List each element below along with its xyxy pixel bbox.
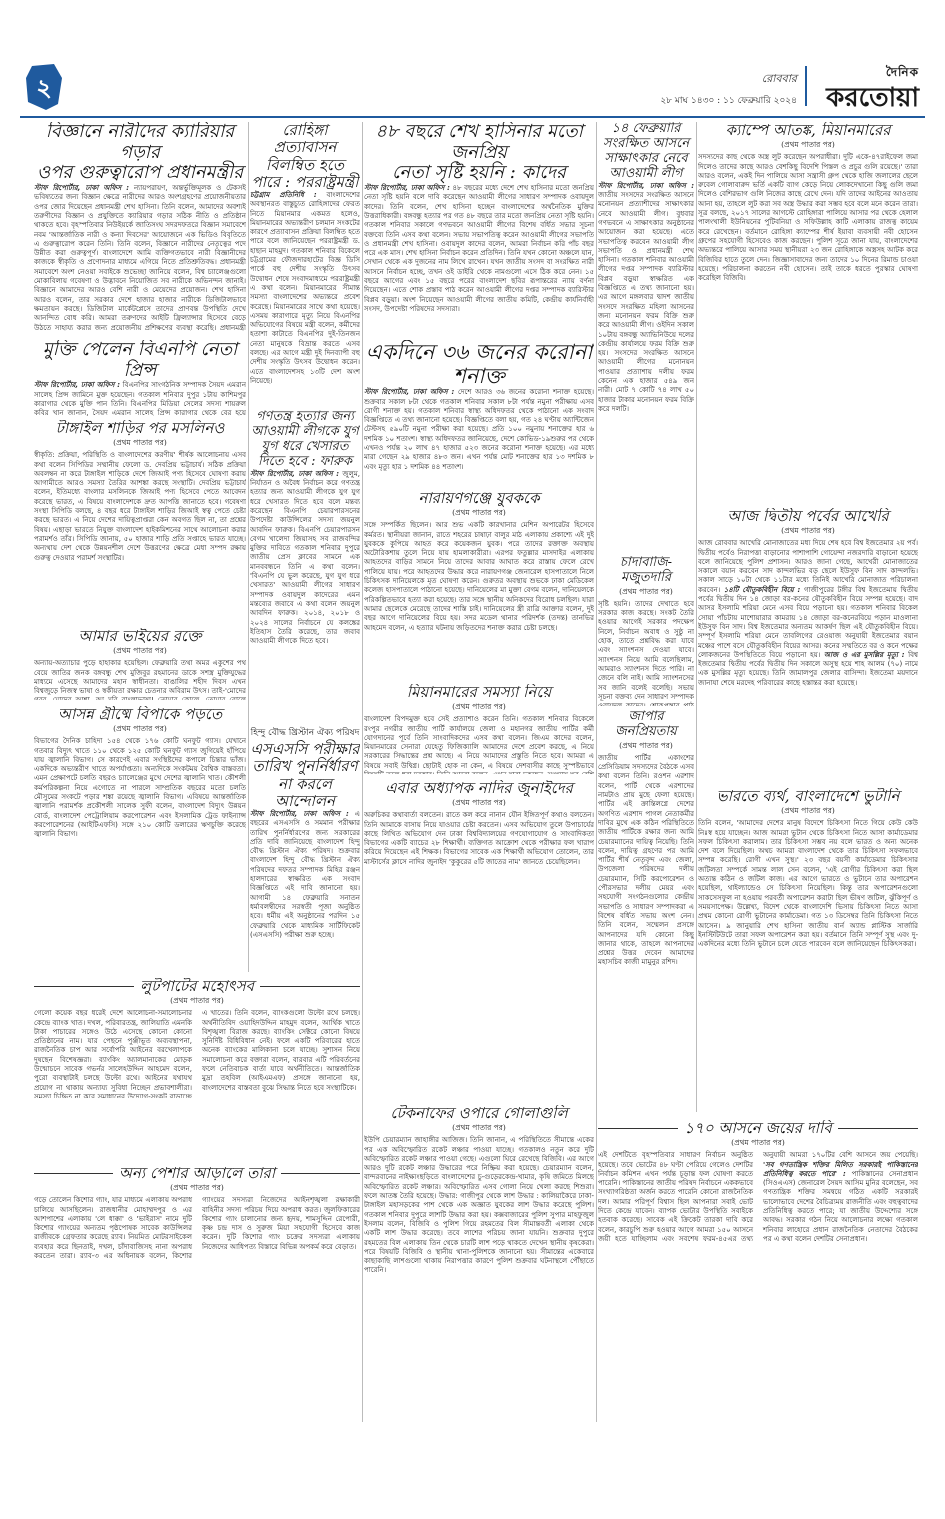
article-prince-release: মুক্তি পেলেন বিএনপি নেতা প্রিন্স স্টাফ র… — [34, 340, 246, 416]
article-body: স্টাফ রিপোর্টার, ঢাকা অফিস : ন্যায়পরায়… — [34, 184, 246, 332]
body-text: জুলুম, নির্যাতন ও অবৈধ নির্বাচন করে গণতন… — [250, 470, 360, 645]
article-looting: লুটপাটের মহোৎসব (প্রথম পাতার পর) গেলো কয… — [34, 978, 360, 1098]
continued-label: (প্রথম পাতার পর) — [34, 438, 246, 450]
masthead-rule — [20, 116, 925, 118]
article-other-profession: অন্য পেশার আড়ালে তারা (প্রথম পাতার পর) … — [34, 1165, 360, 1420]
column-rule — [362, 122, 363, 1422]
continued-label: (প্রথম পাতার পর) — [34, 996, 360, 1008]
headline-line2: ওপর গুরুত্বারোপ প্রধানমন্ত্রীর — [34, 163, 246, 184]
date-block: রোববার ২৮ মাঘ ১৪৩০ : ১১ ফেব্রুয়ারি ২০২৪ — [660, 70, 797, 108]
column-rule — [596, 122, 597, 1422]
article-body: এই দেশটিতে বৃহস্পতিবার সাধারণ নির্বাচন অ… — [598, 1151, 918, 1244]
headline: ভারতে ব্যর্থ, বাংলাদেশে ভুটানি — [698, 788, 918, 805]
body-text: জাতীয় সংসদের সংরক্ষিত আসনে মনোনয়ন প্রত… — [598, 191, 694, 413]
article-myanmar-problem: মিয়ানমারের সমস্যা নিয়ে (প্রথম পাতার পর… — [364, 684, 594, 774]
article-tangail-saree: টাঙ্গাইল শাড়ির পর মসলিনও (প্রথম পাতার প… — [34, 420, 246, 620]
continued-label: (প্রথম পাতার পর) — [698, 806, 918, 818]
page-number-badge: ২ — [24, 64, 64, 110]
article-body: গড়ে তোলেন কিশোর গ্যাং, যার মাধ্যমে এলাক… — [34, 1196, 360, 1261]
article-body: গেলো কয়েক বছর ধরেই দেশে আলোচনা-সমালোচনা… — [34, 1009, 360, 1098]
headline: আজ দ্বিতীয় পর্বের আখেরি — [698, 508, 918, 525]
continued-label: (প্রথম পাতার পর) — [364, 798, 594, 810]
day-label: রোববার — [660, 70, 797, 89]
logo-big-text: করতোয়া — [813, 84, 919, 112]
page-number-icon: ২ — [24, 64, 64, 110]
continued-label: (প্রথম পাতার পর) — [598, 1138, 918, 1150]
continued-label: (প্রথম পাতার পর) — [34, 1183, 360, 1195]
article-body: স্টাফ রিপোর্টার, ঢাকা অফিস : দেশে আরও ৩৬… — [364, 388, 594, 472]
headline: টাঙ্গাইল শাড়ির পর মসলিনও — [34, 420, 246, 437]
headline: একদিনে ৩৬ জনের করোনা শনাক্ত — [364, 340, 594, 388]
article-camp-panic: ক্যাম্পে আতঙ্ক, মিয়ানমারের (প্রথম পাতার… — [698, 122, 918, 502]
headline-line2: নেতা সৃষ্টি হয়নি : কাদের — [364, 163, 594, 184]
continued-label: (প্রথম পাতার পর) — [598, 741, 694, 753]
article-body: স্টাফ রিপোর্টার, ঢাকা অফিস : বিএনপির সাং… — [34, 381, 246, 416]
article-170-seats: ১৭০ আসনে জয়ের দাবি (প্রথম পাতার পর) এই … — [598, 1120, 918, 1420]
article-body: সঙ্গে সম্পর্কিত ছিলেন। আর শুভ একটি কারখা… — [364, 521, 594, 633]
body-text: বাংলাদেশের অবস্থানরত বাস্তুচ্যুত রোহিঙ্গ… — [250, 191, 360, 385]
article-nadir-junaid: এবার অধ্যাপক নাদির জুনাইদের (প্রথম পাতার… — [364, 780, 594, 970]
continued-label: (প্রথম পাতার পর) — [34, 646, 246, 658]
sub-kicker: ১৪টি যৌতুকবিহীন বিয়ে : — [724, 586, 801, 594]
headline: নারায়ণগঞ্জে যুবককে — [364, 490, 594, 507]
byline: স্টাফ রিপোর্টার, ঢাকা অফিস : — [34, 184, 129, 192]
article-ssc-exam: হিন্দু বৌদ্ধ খ্রিস্টান ঐক্য পরিষদ এসএসসি… — [250, 724, 360, 974]
divider — [281, 1173, 360, 1174]
article-chandabaji: চাঁদাবাজি-মজুতদারি (প্রথম পাতার পর) সৃষ্… — [598, 556, 694, 706]
headline: জাপার জনপ্রিয়তায় — [598, 710, 694, 740]
article-body: জাতীয় পার্টির একাংশের প্রেসিডিয়াম সদস্… — [598, 754, 694, 968]
divider — [34, 1173, 113, 1174]
byline: স্টাফ রিপোর্টার, ঢাকা অফিস : — [364, 184, 450, 192]
headline: ক্যাম্পে আতঙ্ক, মিয়ানমারের — [698, 122, 918, 139]
byline: স্টাফ রিপোর্টার, ঢাকা অফিস : — [34, 381, 120, 389]
article-kader: ৪৮ বছরে শেখ হাসিনার মতো জনপ্রিয় নেতা সৃ… — [364, 122, 594, 322]
continued-label: (প্রথম পাতার পর) — [364, 1123, 594, 1135]
svg-text:২: ২ — [36, 74, 52, 102]
date-label: ২৮ মাঘ ১৪৩০ : ১১ ফেব্রুয়ারি ২০২৪ — [660, 96, 797, 106]
headline: ১৪ ফেব্রুয়ারি সংরক্ষিত আসনে সাক্ষাৎকার … — [598, 122, 694, 182]
kicker: হিন্দু বৌদ্ধ খ্রিস্টান ঐক্য পরিষদ — [250, 725, 360, 740]
headline: বিজ্ঞানে নারীদের ক্যারিয়ার গড়ার — [34, 122, 246, 163]
continued-label: (প্রথম পাতার পর) — [364, 508, 594, 520]
byline: স্টাফ রিপোর্টার, ঢাকা অফিস : — [250, 810, 349, 818]
article-body: স্টাফ রিপোর্টার, ঢাকা অফিস : এ বছরের এসএ… — [250, 810, 360, 940]
headline: অন্য পেশার আড়ালে তারা — [119, 1165, 275, 1182]
headline: আসন্ন গ্রীষ্মে বিপাকে পড়তে — [34, 706, 246, 723]
article-body: স্টাফ রিপোর্টার, ঢাকা অফিস : ৪৮ বছরের মধ… — [364, 184, 594, 314]
masthead: ২ রোববার ২৮ মাঘ ১৪৩০ : ১১ ফেব্রুয়ারি ২০… — [20, 60, 925, 115]
column-rule — [248, 122, 249, 972]
article-bhutan: ভারতে ব্যর্থ, বাংলাদেশে ভুটানি (প্রথম পা… — [698, 788, 918, 1038]
headline: টেকনাফের ওপারে গোলাগুলি — [364, 1105, 594, 1122]
article-body: চট্টগ্রাম প্রতিনিধি : বাংলাদেশের অবস্থান… — [250, 191, 360, 386]
headline: লুটপাটের মহোৎসব — [140, 978, 254, 995]
article-body: তিনি বলেন, 'আমাদের দেশের মানুষ বিদেশে চি… — [698, 819, 918, 949]
sub-body: পাকিস্তানের সেনাপ্রধান (সিওএএস) জেনারেল … — [763, 1170, 918, 1243]
article-body: আজ রোববার আখেরি মোনাজাতের মধ্য দিয়ে শেষ… — [698, 539, 918, 688]
article-body: সদস্যদের কাছ থেকে অস্ত্র লুট করেছেন অপরা… — [698, 153, 918, 283]
divider — [260, 986, 360, 987]
headline: আমার ভাইয়ের রক্তে — [34, 628, 246, 645]
article-body: স্বীকৃতি: প্রক্রিয়া, পরিস্থিতি ও বাংলাদ… — [34, 451, 246, 563]
article-body: সৃষ্টি হয়নি। তাদের দেখাতে হবে সরকার কাজ… — [598, 600, 694, 706]
body-text: ইউপি চেয়ারম্যান জাহাঙ্গীর আজিজ। তিনি জা… — [364, 1136, 594, 1200]
continued-label: (প্রথম পাতার পর) — [698, 140, 918, 152]
article-body: বিভাগের দৈনিক চাহিদা ১৫৪ থেকে ১৭৬ কোটি ঘ… — [34, 737, 246, 839]
body-text: ৪৮ বছরের মধ্যে দেশে শেখ হাসিনার মতো জনপ্… — [364, 184, 594, 313]
article-brother-blood: আমার ভাইয়ের রক্তে (প্রথম পাতার পর) অন্য… — [34, 628, 246, 700]
divider — [34, 986, 134, 987]
article-body: অন্যায়-অত্যাচার পুড়ে হাহাকার হয়েছিল। … — [34, 659, 246, 700]
continued-label: (প্রথম পাতার পর) — [698, 526, 918, 538]
masthead-divider — [805, 66, 807, 106]
byline: স্টাফ রিপোর্টার, ঢাকা অফিস : — [250, 470, 339, 478]
headline: ১৭০ আসনে জয়ের দাবি — [684, 1120, 831, 1137]
headline: এসএসসি পরীক্ষার তারিখ পুনর্নির্ধারণ না ক… — [250, 741, 360, 810]
article-body: ইউপি চেয়ারম্যান জাহাঙ্গীর আজিজ। তিনি জা… — [364, 1136, 594, 1275]
headline: গণতন্ত্র হত্যার জন্য আওয়ামী লীগকে যুগ য… — [250, 410, 360, 470]
continued-label: (প্রথম পাতার পর) — [598, 587, 694, 599]
sub-body: গাজীপুরের টঙ্গীর বিশ্ব ইজতেমায় দ্বিতীয়… — [698, 586, 918, 659]
divider — [838, 1128, 918, 1129]
divider — [598, 1128, 678, 1129]
article-awami-compensation: গণতন্ত্র হত্যার জন্য আওয়ামী লীগকে যুগ য… — [250, 410, 360, 720]
article-jatiya-party: জাপার জনপ্রিয়তায় (প্রথম পাতার পর) জাতী… — [598, 710, 694, 1040]
article-narayanganj: নারায়ণগঞ্জে যুবককে (প্রথম পাতার পর) সঙ্… — [364, 490, 594, 680]
byline: স্টাফ রিপোর্টার, ঢাকা অফিস : — [364, 388, 454, 396]
column-rule — [696, 122, 697, 1112]
article-body: স্টাফ রিপোর্টার, ঢাকা অফিস : জুলুম, নির্… — [250, 470, 360, 647]
headline: মুক্তি পেলেন বিএনপি নেতা প্রিন্স — [34, 340, 246, 381]
article-reserved-seats: ১৪ ফেব্রুয়ারি সংরক্ষিত আসনে সাক্ষাৎকার … — [598, 122, 694, 552]
article-body: বাংলাদেশ বিপদমুক্ত হবে সেই প্রত্যাশাও কর… — [364, 715, 594, 774]
tail-kicker: আজ ও এর মুসল্লির মৃত্যু : — [824, 651, 905, 659]
body-text: এ বছরের এসএসসি ও সমমান পরীক্ষার তারিখ পু… — [250, 810, 360, 939]
byline: স্টাফ রিপোর্টার, ঢাকা অফিস : — [598, 182, 694, 190]
continued-label: (প্রথম পাতার পর) — [364, 702, 594, 714]
headline: চাঁদাবাজি-মজুতদারি — [598, 556, 694, 586]
headline: মিয়ানমারের সমস্যা নিয়ে — [364, 684, 594, 701]
article-summer-trouble: আসন্ন গ্রীষ্মে বিপাকে পড়তে (প্রথম পাতার… — [34, 706, 246, 976]
headline: এবার অধ্যাপক নাদির জুনাইদের — [364, 780, 594, 797]
article-corona: একদিনে ৩৬ জনের করোনা শনাক্ত স্টাফ রিপোর্… — [364, 340, 594, 485]
article-second-phase: আজ দ্বিতীয় পর্বের আখেরি (প্রথম পাতার পর… — [698, 508, 918, 758]
article-women-science: বিজ্ঞানে নারীদের ক্যারিয়ার গড়ার ওপর গু… — [34, 122, 246, 332]
logo-small-text: দৈনিক — [813, 64, 919, 84]
headline: ৪৮ বছরে শেখ হাসিনার মতো জনপ্রিয় — [364, 122, 594, 163]
byline: চট্টগ্রাম প্রতিনিধি : — [250, 191, 317, 199]
article-teknaf: টেকনাফের ওপারে গোলাগুলি (প্রথম পাতার পর)… — [364, 1105, 594, 1420]
continued-label: (প্রথম পাতার পর) — [34, 724, 246, 736]
article-body: অরুচিকর কথাবার্তা বলতেন। রাতে কল করে নান… — [364, 811, 594, 867]
article-body: স্টাফ রিপোর্টার, ঢাকা অফিস : জাতীয় সংসদ… — [598, 182, 694, 414]
newspaper-logo: দৈনিক করতোয়া — [813, 64, 919, 112]
body-text-cont: উদ্ধার: গাজীপুর থেকে লাশ উদ্ধার : কালিয়… — [364, 1192, 594, 1274]
body-text: ন্যায়পরায়ণ, অন্তর্ভুক্তিমূলক ও টেকসই ভ… — [34, 184, 246, 332]
headline: রোহিঙ্গা প্রত্যাবাসন বিলম্বিত হতে পারে :… — [250, 122, 360, 191]
body-text: দেশে আরও ৩৬ জনের করোনা শনাক্ত হয়েছে। শু… — [364, 388, 594, 470]
